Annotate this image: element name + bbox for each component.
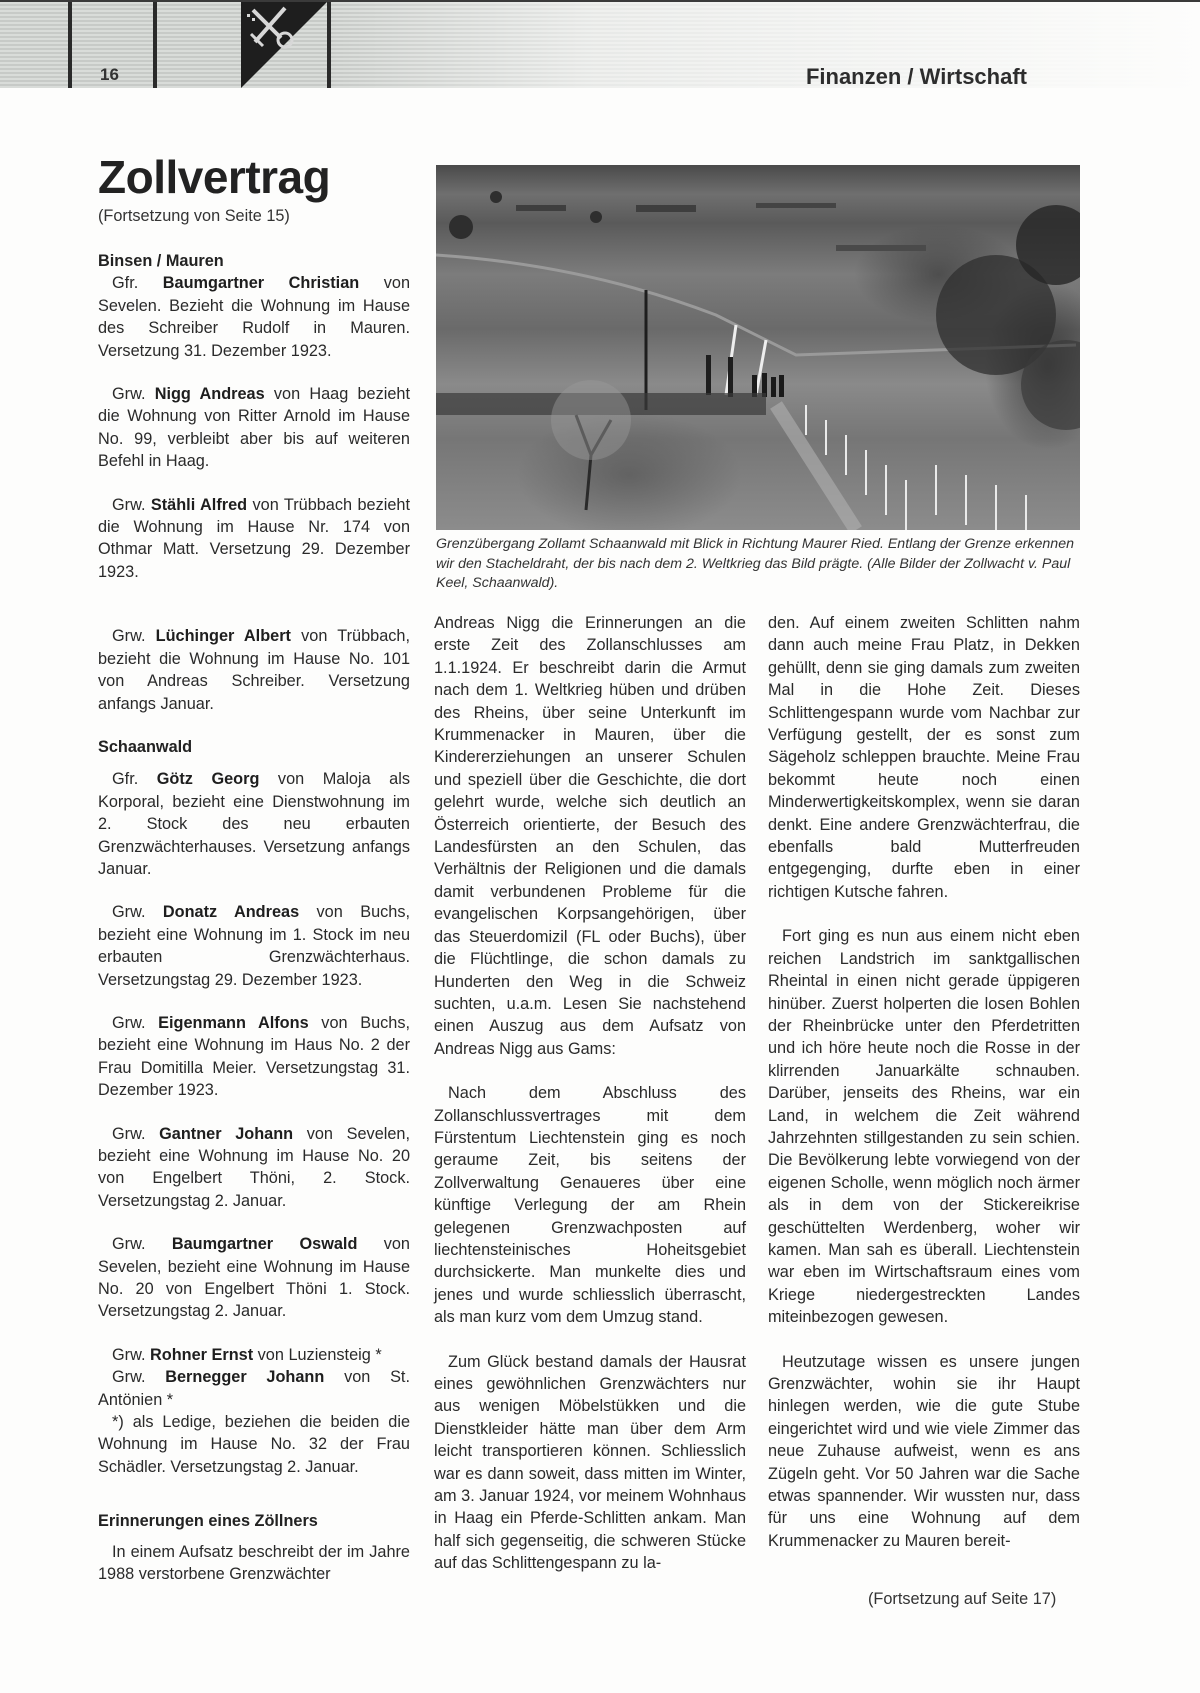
rank: Grw. bbox=[112, 385, 145, 403]
section-heading-schaanwald: Schaanwald bbox=[98, 736, 410, 758]
paragraph: Nach dem Abschluss des Zollanschlussvert… bbox=[434, 1082, 746, 1328]
section-heading-memoir: Erinnerungen eines Zöllners bbox=[98, 1510, 410, 1532]
person-name: Gantner Johann bbox=[159, 1125, 293, 1143]
page-number: 16 bbox=[100, 65, 119, 85]
personnel-entry: Grw. Baumgartner Oswald von Sevelen, bez… bbox=[98, 1233, 410, 1323]
photo-scene-illustration bbox=[436, 165, 1080, 530]
entry-text: von Trübbach bezieht die Wohnung im Haus… bbox=[98, 496, 410, 581]
personnel-entry: Grw. Donatz Andreas von Buchs, bezieht e… bbox=[98, 901, 410, 991]
paragraph: Zum Glück bestand damals der Hausrat ein… bbox=[434, 1351, 746, 1575]
memoir-intro: In einem Aufsatz beschreibt der im Jahre… bbox=[98, 1541, 410, 1586]
person-name: Donatz Andreas bbox=[163, 903, 299, 921]
person-name: Nigg Andreas bbox=[155, 385, 265, 403]
left-column: Binsen / Mauren Gfr. Baumgartner Christi… bbox=[98, 250, 410, 1586]
person-name: Rohner Ernst bbox=[150, 1346, 253, 1364]
rank: Grw. bbox=[112, 627, 145, 645]
header-divider bbox=[153, 2, 157, 88]
personnel-entry: Grw. Lüchinger Albert von Trübbach, bezi… bbox=[98, 625, 410, 715]
personnel-entry: Grw. Stähli Alfred von Trübbach bezieht … bbox=[98, 494, 410, 584]
personnel-entry: Grw. Bernegger Johann von St. Antönien * bbox=[98, 1366, 410, 1411]
person-name: Bernegger Johann bbox=[165, 1368, 324, 1386]
rank: Grw. bbox=[112, 496, 145, 514]
article-title: Zollvertrag bbox=[98, 150, 330, 204]
rank: Grw. bbox=[112, 1368, 145, 1386]
middle-column: Andreas Nigg die Erinnerungen an die ers… bbox=[434, 612, 746, 1575]
paragraph: Heutzutage wissen es unsere jungen Grenz… bbox=[768, 1351, 1080, 1553]
border-crossing-photo bbox=[436, 165, 1080, 530]
personnel-entry: Grw. Eigenmann Alfons von Buchs, bezieht… bbox=[98, 1012, 410, 1102]
crossed-swords-emblem-icon bbox=[241, 2, 327, 88]
personnel-entry: Gfr. Baumgartner Christian von Sevelen. … bbox=[98, 272, 410, 362]
rank: Grw. bbox=[112, 1014, 145, 1032]
entry-text: von Luziensteig * bbox=[253, 1346, 382, 1364]
person-name: Baumgartner Christian bbox=[163, 274, 359, 292]
right-column: den. Auf einem zweiten Schlitten nahm da… bbox=[768, 612, 1080, 1552]
continuation-note: (Fortsetzung auf Seite 17) bbox=[868, 1590, 1056, 1609]
personnel-entry: Grw. Rohner Ernst von Luziensteig * bbox=[98, 1344, 410, 1366]
person-name: Stähli Alfred bbox=[151, 496, 247, 514]
article-subtitle: (Fortsetzung von Seite 15) bbox=[98, 207, 290, 226]
rank: Grw. bbox=[112, 1346, 145, 1364]
personnel-entry: Gfr. Götz Georg von Maloja als Korporal,… bbox=[98, 768, 410, 880]
header-divider bbox=[68, 2, 72, 88]
header-divider bbox=[327, 2, 331, 88]
person-name: Eigenmann Alfons bbox=[158, 1014, 308, 1032]
section-heading-binsen-mauren: Binsen / Mauren bbox=[98, 250, 410, 272]
rank: Grw. bbox=[112, 903, 145, 921]
header-fade bbox=[330, 2, 1200, 88]
rank: Gfr. bbox=[112, 770, 138, 788]
paragraph: Andreas Nigg die Erinnerungen an die ers… bbox=[434, 612, 746, 1060]
paragraph: den. Auf einem zweiten Schlitten nahm da… bbox=[768, 612, 1080, 903]
footnote: *) als Ledige, beziehen die beiden die W… bbox=[98, 1411, 410, 1478]
personnel-entry: Grw. Gantner Johann von Sevelen, bezieht… bbox=[98, 1123, 410, 1213]
person-name: Götz Georg bbox=[157, 770, 260, 788]
rank: Gfr. bbox=[112, 274, 138, 292]
personnel-entry: Grw. Nigg Andreas von Haag bezieht die W… bbox=[98, 383, 410, 473]
photo-caption: Grenzübergang Zollamt Schaanwald mit Bli… bbox=[436, 535, 1080, 594]
person-name: Lüchinger Albert bbox=[156, 627, 291, 645]
rank: Grw. bbox=[112, 1235, 145, 1253]
person-name: Baumgartner Oswald bbox=[172, 1235, 358, 1253]
rank: Grw. bbox=[112, 1125, 145, 1143]
section-label: Finanzen / Wirtschaft bbox=[806, 64, 1027, 90]
paragraph: Fort ging es nun aus einem nicht eben re… bbox=[768, 925, 1080, 1328]
